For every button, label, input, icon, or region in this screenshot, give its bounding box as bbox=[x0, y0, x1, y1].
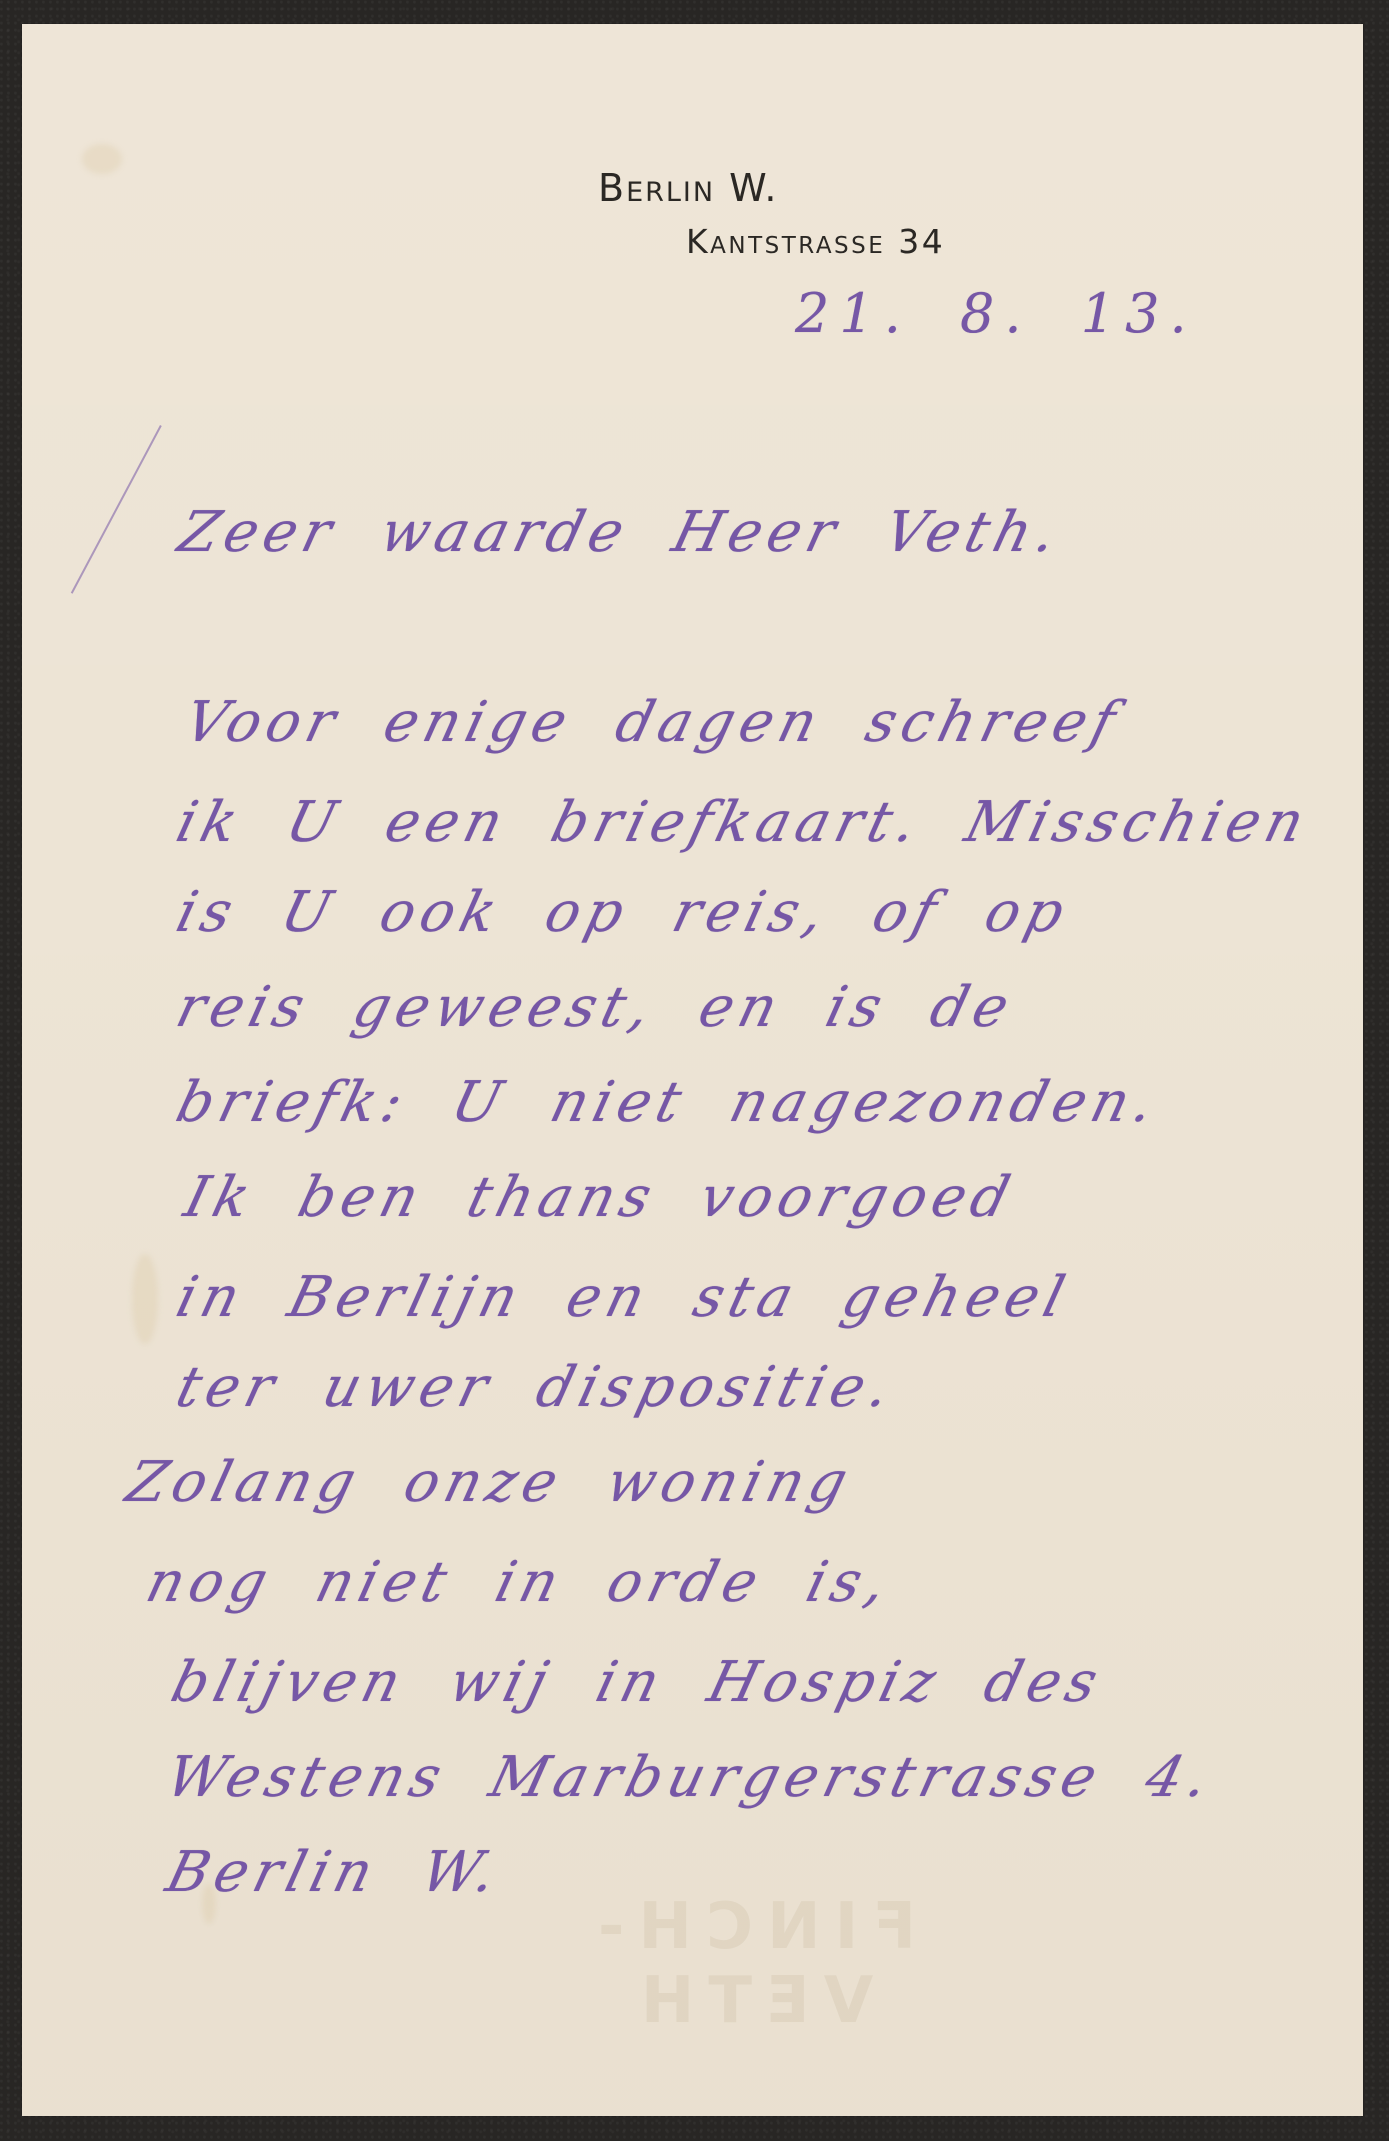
body-line-10: nog niet in orde is, bbox=[140, 1550, 899, 1615]
body-line-11: blijven wij in Hospiz des bbox=[165, 1650, 1110, 1715]
letter-date: 21. 8. 13. bbox=[795, 282, 1197, 345]
body-line-13: Berlin W. bbox=[160, 1840, 509, 1905]
body-line-3: is U ook op reis, of op bbox=[170, 880, 1076, 945]
body-line-5: briefk: U niet nagezonden. bbox=[170, 1070, 1166, 1135]
body-line-4: reis geweest, en is de bbox=[170, 975, 1021, 1040]
paper-stain bbox=[82, 144, 122, 174]
body-line-8: ter uwer dispositie. bbox=[170, 1355, 902, 1420]
salutation: Zeer waarde Heer Veth. bbox=[172, 500, 1069, 565]
reverse-stamp-showthrough: FINCH-VETH bbox=[470, 1890, 1030, 2030]
body-line-9: Zolang onze woning bbox=[120, 1450, 860, 1515]
body-line-1: Voor enige dagen schreef bbox=[178, 690, 1127, 755]
body-line-12: Westens Marburgerstrasse 4. bbox=[160, 1745, 1221, 1810]
paper-stain bbox=[132, 1254, 158, 1344]
body-line-2: ik U een briefkaart. Misschien bbox=[170, 790, 1316, 855]
letterhead-city: Berlin W. bbox=[598, 166, 778, 210]
body-line-7: in Berlijn en sta geheel bbox=[170, 1265, 1077, 1330]
body-line-6: Ik ben thans voorgoed bbox=[178, 1165, 1022, 1230]
letterhead-street: Kantstrasse 34 bbox=[686, 222, 945, 261]
